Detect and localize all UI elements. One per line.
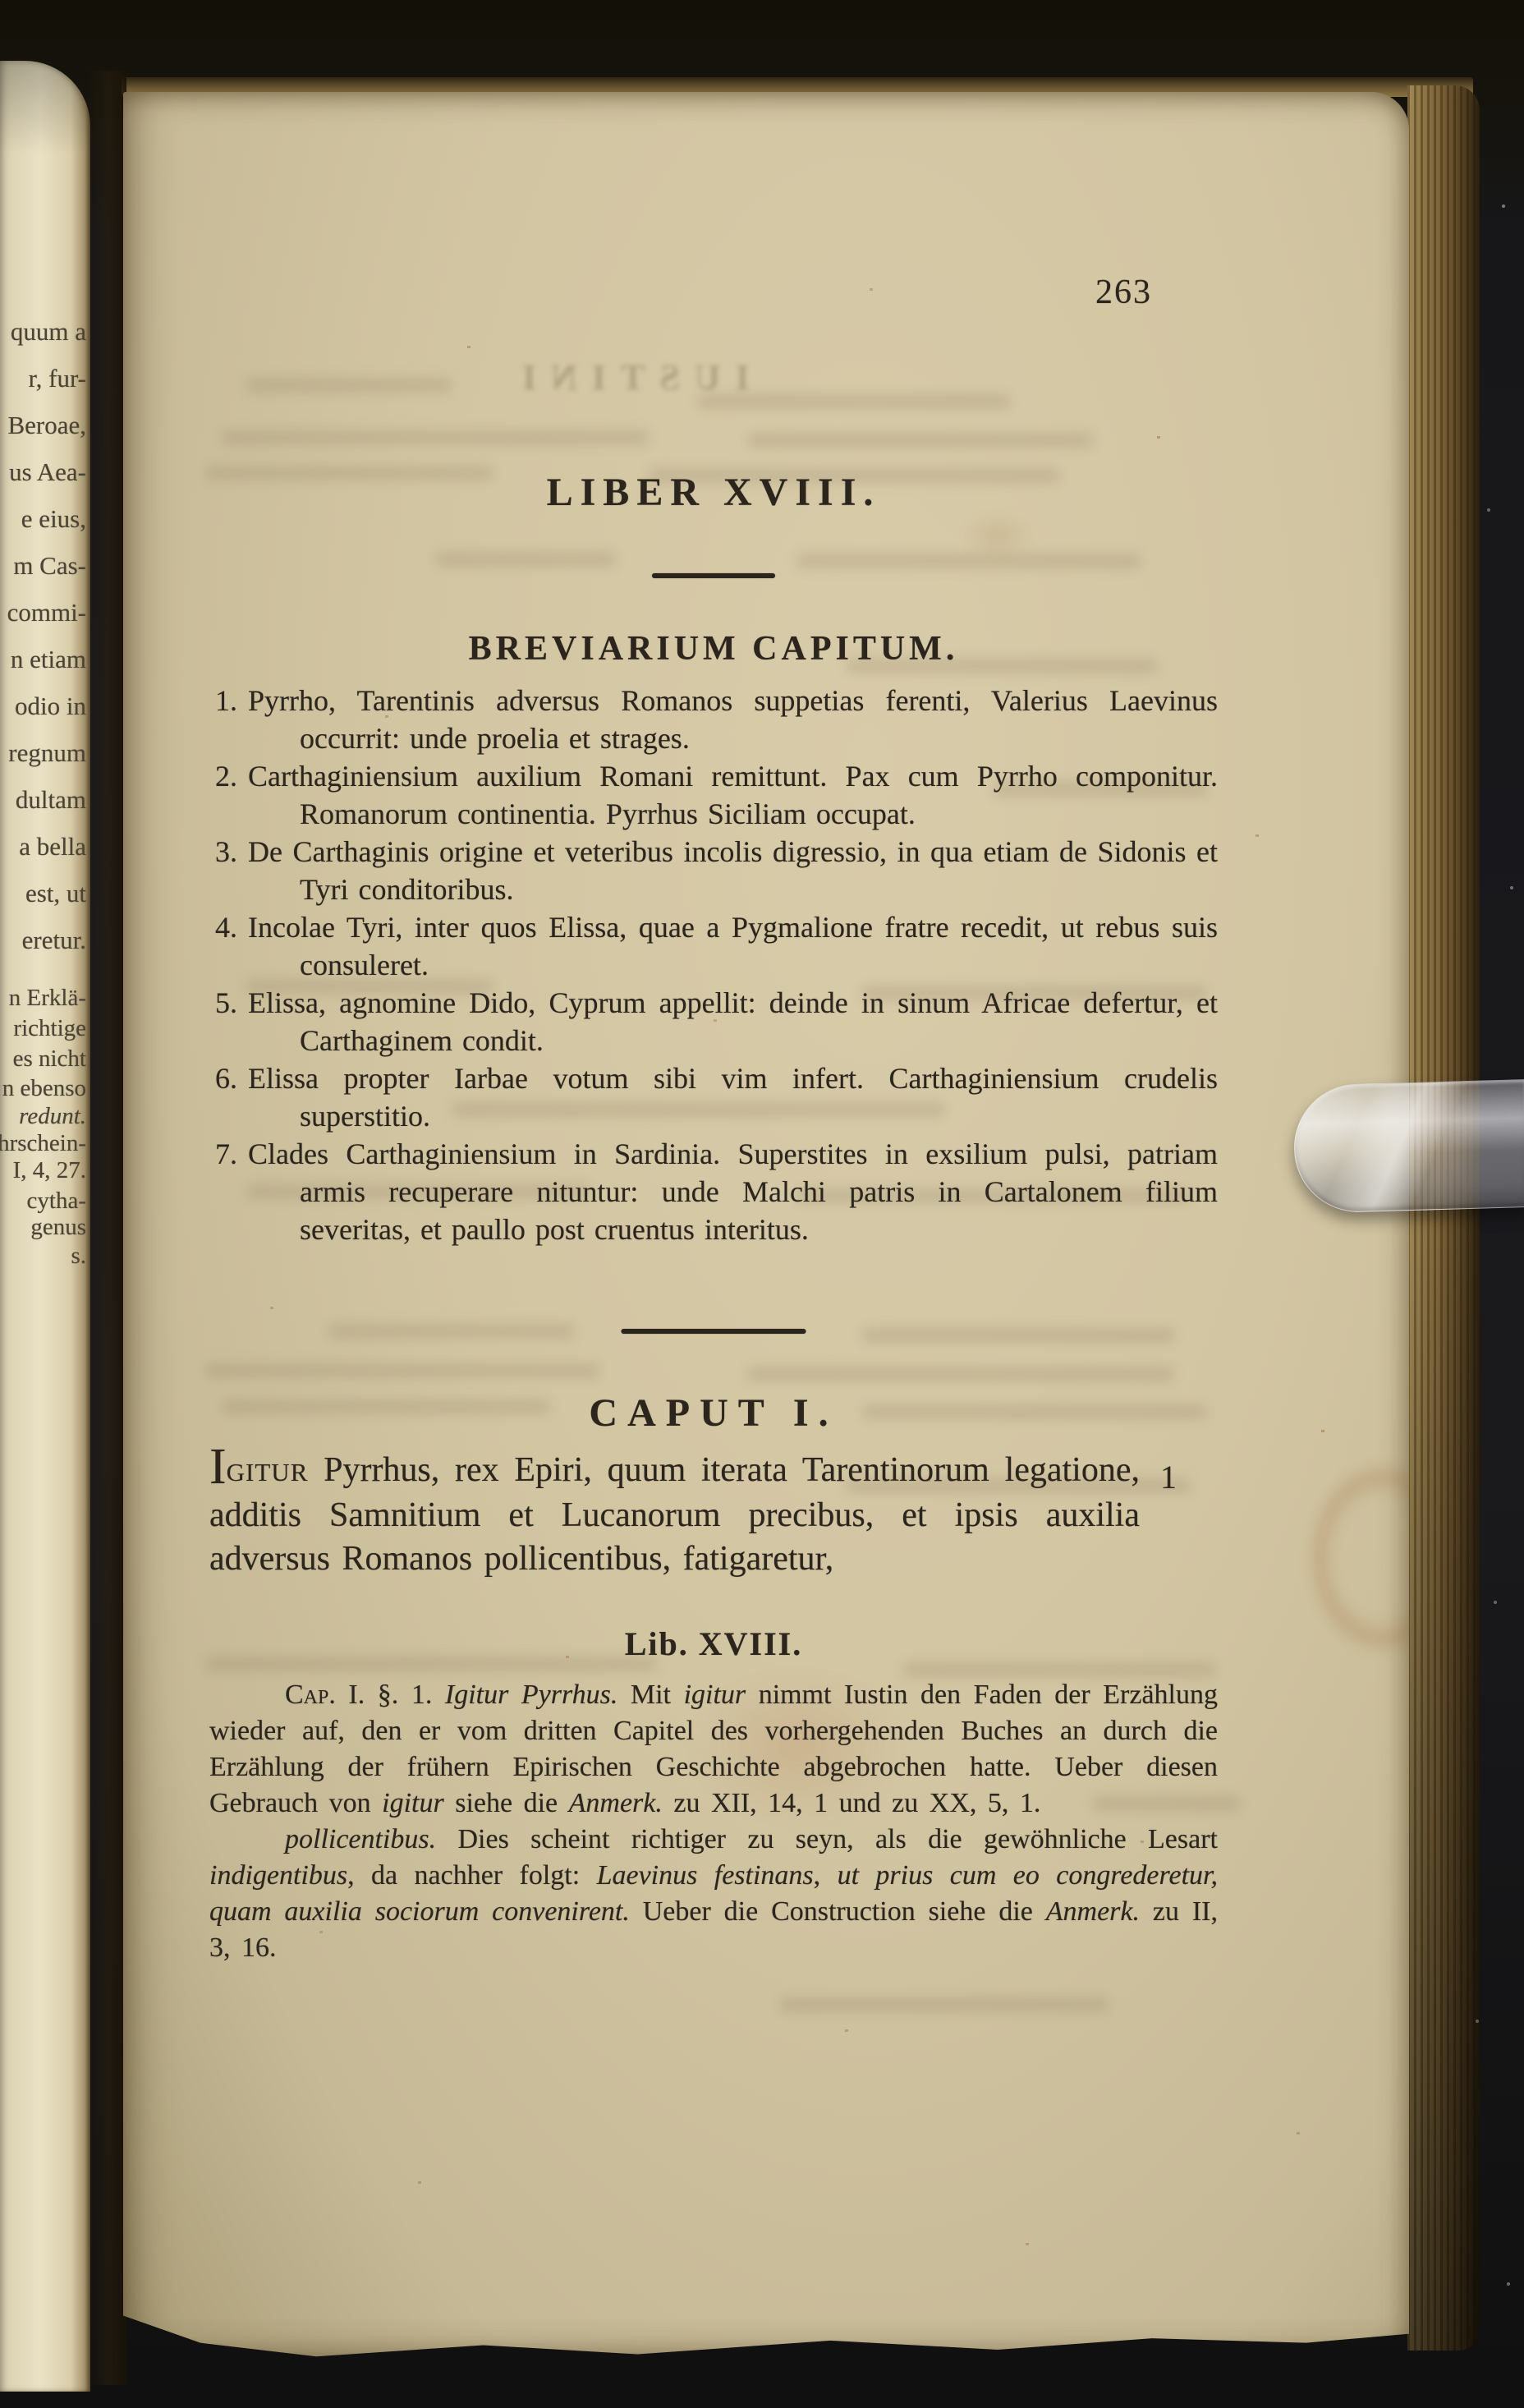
paper-fibre-specks xyxy=(123,92,125,93)
caput-heading: CAPUT I. xyxy=(209,1390,1218,1436)
text-column: 263 LIBER XVIII. BREVIARIUM CAPITUM. 1.P… xyxy=(209,92,1218,2359)
page-edge-text-fragment: genus xyxy=(30,1214,86,1241)
page-edge-text-fragment: Beroae, xyxy=(7,411,86,440)
dust-specks xyxy=(0,0,2,2)
book-gutter-shadow xyxy=(87,71,126,2385)
text-segment: pollicentibus. xyxy=(285,1824,436,1854)
page-edge-text-fragment: a bella xyxy=(19,832,86,862)
book-page: IUSTINI 263 LIBER XVIII. BREVIARIUM CAPI… xyxy=(123,92,1409,2359)
item-text: Elissa propter Iarbae votum sibi vim inf… xyxy=(248,1062,1218,1133)
text-segment: igitur xyxy=(684,1680,746,1710)
text-segment: indigentibus xyxy=(209,1860,347,1891)
item-text: Pyrrho, Tarentinis adversus Romanos supp… xyxy=(248,684,1218,755)
text-segment: Dies scheint richtiger zu seyn, als die … xyxy=(436,1824,1218,1854)
drop-cap-initial: I xyxy=(209,1439,227,1495)
item-text: Carthaginiensium auxilium Romani remittu… xyxy=(248,760,1218,830)
page-edge-text-fragment: richtige xyxy=(13,1015,86,1042)
page-edge-text-fragment: m Cas- xyxy=(13,551,86,581)
page-edge-text-fragment: e eius, xyxy=(21,504,86,534)
breviarium-item: 6.Elissa propter Iarbae votum sibi vim i… xyxy=(209,1059,1218,1135)
previous-page-edge: quum ar, fur-Beroae,us Aea-e eius,m Cas-… xyxy=(0,61,90,2392)
page-edge-text-fragment: regnum xyxy=(8,738,86,768)
page-edge-text-fragment: I, 4, 27. xyxy=(13,1157,86,1184)
breviarium-item: 7.Clades Carthaginiensium in Sardinia. S… xyxy=(209,1135,1218,1248)
ornament-rule xyxy=(622,1329,806,1334)
page-edge-text-fragment: n Erklä- xyxy=(9,985,86,1012)
item-number: 4. xyxy=(215,908,248,946)
breviarium-item: 4.Incolae Tyri, inter quos Elissa, quae … xyxy=(209,908,1218,984)
page-edge-text-fragment: quum a xyxy=(11,317,86,347)
page-edge-text-fragment: s. xyxy=(71,1243,86,1270)
item-number: 3. xyxy=(215,833,248,871)
page-edge-text-fragment: commi- xyxy=(7,598,86,627)
page-edge-text-fragment: cytha- xyxy=(27,1188,86,1215)
page-edge-text-fragment: est, ut xyxy=(25,879,86,908)
breviarium-item: 3.De Carthaginis origine et veteribus in… xyxy=(209,833,1218,908)
commentary-paragraphs: Cap. I. §. 1. Igitur Pyrrhus. Mit igitur… xyxy=(209,1677,1218,1966)
metal-page-holder-clip xyxy=(1292,1079,1524,1214)
text-segment: Ueber die Construction siehe die xyxy=(630,1896,1046,1927)
breviarium-item: 1.Pyrrho, Tarentinis adversus Romanos su… xyxy=(209,682,1218,757)
page-edge-text-fragment: eretur. xyxy=(22,926,86,955)
text-segment: Mit xyxy=(617,1680,683,1710)
item-text: Elissa, agnomine Dido, Cyprum appellit: … xyxy=(248,986,1218,1057)
text-segment: siehe die xyxy=(444,1788,569,1818)
page-number: 263 xyxy=(209,273,1218,312)
text-segment: I. §. 1. xyxy=(336,1680,445,1710)
text-segment: Cap. xyxy=(285,1680,336,1710)
latin-text: Pyrrhus, rex Epiri, quum iterata Tarenti… xyxy=(209,1451,1140,1578)
page-edge-text-fragment: us Aea- xyxy=(9,457,86,487)
item-number: 2. xyxy=(215,757,248,795)
item-number: 5. xyxy=(215,984,248,1022)
breviarium-item: 2.Carthaginiensium auxilium Romani remit… xyxy=(209,757,1218,833)
commentary-paragraph: Cap. I. §. 1. Igitur Pyrrhus. Mit igitur… xyxy=(209,1677,1218,1822)
page-edge-text-fragment: n etiam xyxy=(11,645,86,674)
text-segment: igitur xyxy=(382,1788,444,1818)
page-edge-text-fragment: odio in xyxy=(15,692,86,721)
text-segment: Anmerk. xyxy=(1046,1896,1140,1927)
text-segment: Igitur Pyrrhus. xyxy=(445,1680,617,1710)
page-edge-text-fragment: n ebenso xyxy=(2,1075,86,1102)
text-segment: , xyxy=(814,1860,838,1891)
text-segment: , da nachher folgt: xyxy=(347,1860,596,1891)
commentary-paragraph: pollicentibus. Dies scheint richtiger zu… xyxy=(209,1822,1218,1966)
page-edge-text-fragment: hrschein- xyxy=(0,1130,86,1157)
page-stack-right-edge xyxy=(1407,85,1480,2351)
breviarium-heading: BREVIARIUM CAPITUM. xyxy=(209,629,1218,669)
item-text: Clades Carthaginiensium in Sardinia. Sup… xyxy=(248,1137,1218,1246)
liber-heading: LIBER XVIII. xyxy=(209,470,1218,515)
breviarium-item: 5.Elissa, agnomine Dido, Cyprum appellit… xyxy=(209,984,1218,1059)
page-edge-text-fragment: es nicht xyxy=(13,1045,86,1073)
item-number: 6. xyxy=(215,1059,248,1097)
item-number: 1. xyxy=(215,682,248,719)
ornament-rule xyxy=(652,573,775,578)
text-segment: zu XII, 14, 1 und zu XX, 5, 1. xyxy=(663,1788,1041,1818)
book-scan-scene: { "page": { "number": "263", "liber_head… xyxy=(0,0,1524,2408)
item-number: 7. xyxy=(215,1135,248,1173)
lead-small-caps: GITUR xyxy=(227,1458,309,1487)
page-edge-text-fragment: dultam xyxy=(16,785,86,815)
margin-section-number: 1 xyxy=(1160,1455,1177,1499)
item-text: Incolae Tyri, inter quos Elissa, quae a … xyxy=(248,911,1218,981)
page-edge-text-fragment: redunt. xyxy=(19,1103,86,1130)
text-segment: Laevinus festinans xyxy=(597,1860,814,1891)
page-edge-text-fragment: r, fur- xyxy=(29,364,86,393)
text-segment: Anmerk. xyxy=(569,1788,663,1818)
commentary-lib-heading: Lib. XVIII. xyxy=(209,1624,1218,1663)
latin-text-paragraph: 1IGITUR Pyrrhus, rex Epiri, quum iterata… xyxy=(209,1449,1218,1581)
breviarium-list: 1.Pyrrho, Tarentinis adversus Romanos su… xyxy=(209,682,1218,1248)
item-text: De Carthaginis origine et veteribus inco… xyxy=(248,835,1218,906)
